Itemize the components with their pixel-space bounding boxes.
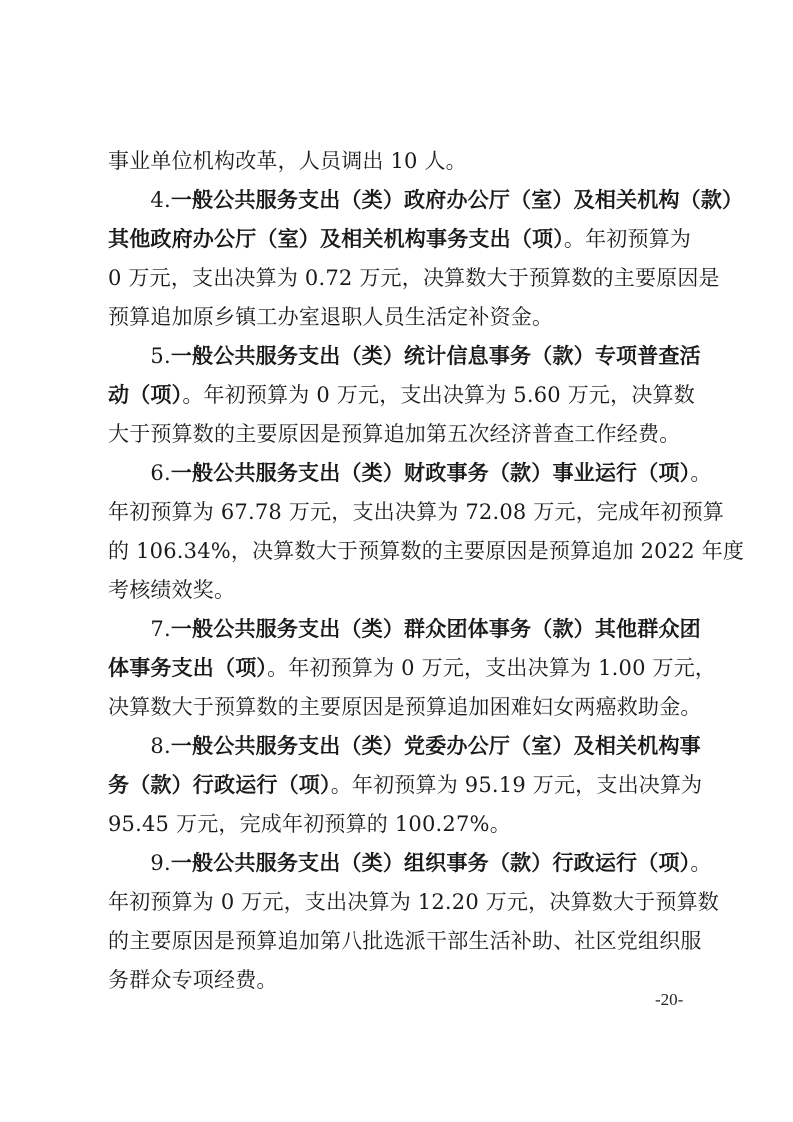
body-text: 的 106.34%，决算数大于预算数的主要原因是预算追加 2022 年度: [108, 539, 744, 563]
text-line: 动（项）。年初预算为 0 万元，支出决算为 5.60 万元，决算数: [108, 380, 691, 410]
text-line: 体事务支出（项）。年初预算为 0 万元，支出决算为 1.00 万元，: [108, 653, 691, 683]
body-text: 的主要原因是预算追加第八批选派干部生活补助、社区党组织服: [108, 929, 702, 953]
body-text: 年初预算为 0 万元，支出决算为 12.20 万元，决算数大于预算数: [108, 890, 719, 914]
body-text: 。: [690, 461, 711, 485]
bold-heading-text: 一般公共服务支出（类）统计信息事务（款）专项普查活: [171, 344, 701, 368]
body-text: 0 万元，支出决算为 0.72 万元，决算数大于预算数的主要原因是: [108, 266, 720, 290]
body-text: 95.45 万元，完成年初预算的 100.27%。: [108, 812, 511, 836]
bold-heading-text: 一般公共服务支出（类）政府办公厅（室）及相关机构（款）: [171, 188, 743, 212]
body-text: 考核绩效奖。: [108, 578, 235, 602]
body-text: 决算数大于预算数的主要原因是预算追加困难妇女两癌救助金。: [108, 695, 702, 719]
bold-heading-text: 一般公共服务支出（类）组织事务（款）行政运行（项）: [171, 851, 691, 875]
text-line: 考核绩效奖。: [108, 575, 691, 605]
text-line: 事业单位机构改革，人员调出 10 人。: [108, 146, 691, 176]
text-line: 4.一般公共服务支出（类）政府办公厅（室）及相关机构（款）: [108, 185, 691, 215]
text-line: 预算追加原乡镇工办室退职人员生活定补资金。: [108, 302, 691, 332]
body-text: 务群众专项经费。: [108, 968, 278, 992]
text-line: 8.一般公共服务支出（类）党委办公厅（室）及相关机构事: [108, 731, 691, 761]
text-line: 务（款）行政运行（项）。年初预算为 95.19 万元，支出决算为: [108, 770, 691, 800]
text-line: 务群众专项经费。: [108, 965, 691, 995]
body-text: 事业单位机构改革，人员调出 10 人。: [108, 149, 467, 173]
body-text: 大于预算数的主要原因是预算追加第五次经济普查工作经费。: [108, 422, 680, 446]
body-text: 年初预算为 67.78 万元，支出决算为 72.08 万元，完成年初预算: [108, 500, 724, 524]
text-line: 年初预算为 0 万元，支出决算为 12.20 万元，决算数大于预算数: [108, 887, 691, 917]
body-text: 。年初预算为 0 万元，支出决算为 1.00 万元，: [267, 656, 716, 680]
bold-heading-text: 其他政府办公厅（室）及相关机构事务支出（项）: [108, 227, 564, 251]
text-line: 95.45 万元，完成年初预算的 100.27%。: [108, 809, 691, 839]
body-text: 4.: [108, 188, 171, 212]
body-text: 。年初预算为 0 万元，支出决算为 5.60 万元，决算数: [182, 383, 695, 407]
text-line: 9.一般公共服务支出（类）组织事务（款）行政运行（项）。: [108, 848, 691, 878]
text-line: 大于预算数的主要原因是预算追加第五次经济普查工作经费。: [108, 419, 691, 449]
bold-heading-text: 体事务支出（项）: [108, 656, 267, 680]
bold-heading-text: 一般公共服务支出（类）群众团体事务（款）其他群众团: [171, 617, 701, 641]
text-line: 0 万元，支出决算为 0.72 万元，决算数大于预算数的主要原因是: [108, 263, 691, 293]
body-text: 。: [690, 851, 711, 875]
bold-heading-text: 务（款）行政运行（项）: [108, 773, 331, 797]
bold-heading-text: 动（项）: [108, 383, 182, 407]
text-line: 5.一般公共服务支出（类）统计信息事务（款）专项普查活: [108, 341, 691, 371]
bold-heading-text: 一般公共服务支出（类）财政事务（款）事业运行（项）: [171, 461, 691, 485]
body-text: 9.: [108, 851, 171, 875]
document-page: 事业单位机构改革，人员调出 10 人。 4.一般公共服务支出（类）政府办公厅（室…: [0, 0, 793, 1122]
body-text: 5.: [108, 344, 171, 368]
text-line: 6.一般公共服务支出（类）财政事务（款）事业运行（项）。: [108, 458, 691, 488]
body-text: 。年初预算为 95.19 万元，支出决算为: [331, 773, 703, 797]
page-number: -20-: [655, 988, 683, 1012]
text-line: 的 106.34%，决算数大于预算数的主要原因是预算追加 2022 年度: [108, 536, 691, 566]
text-line: 其他政府办公厅（室）及相关机构事务支出（项）。年初预算为: [108, 224, 691, 254]
body-text: 7.: [108, 617, 171, 641]
body-text: 8.: [108, 734, 171, 758]
body-text: 。年初预算为: [564, 227, 691, 251]
body-text: 6.: [108, 461, 171, 485]
body-text: 预算追加原乡镇工办室退职人员生活定补资金。: [108, 305, 553, 329]
text-line: 年初预算为 67.78 万元，支出决算为 72.08 万元，完成年初预算: [108, 497, 691, 527]
text-line: 7.一般公共服务支出（类）群众团体事务（款）其他群众团: [108, 614, 691, 644]
bold-heading-text: 一般公共服务支出（类）党委办公厅（室）及相关机构事: [171, 734, 701, 758]
text-line: 决算数大于预算数的主要原因是预算追加困难妇女两癌救助金。: [108, 692, 691, 722]
text-line: 的主要原因是预算追加第八批选派干部生活补助、社区党组织服: [108, 926, 691, 956]
